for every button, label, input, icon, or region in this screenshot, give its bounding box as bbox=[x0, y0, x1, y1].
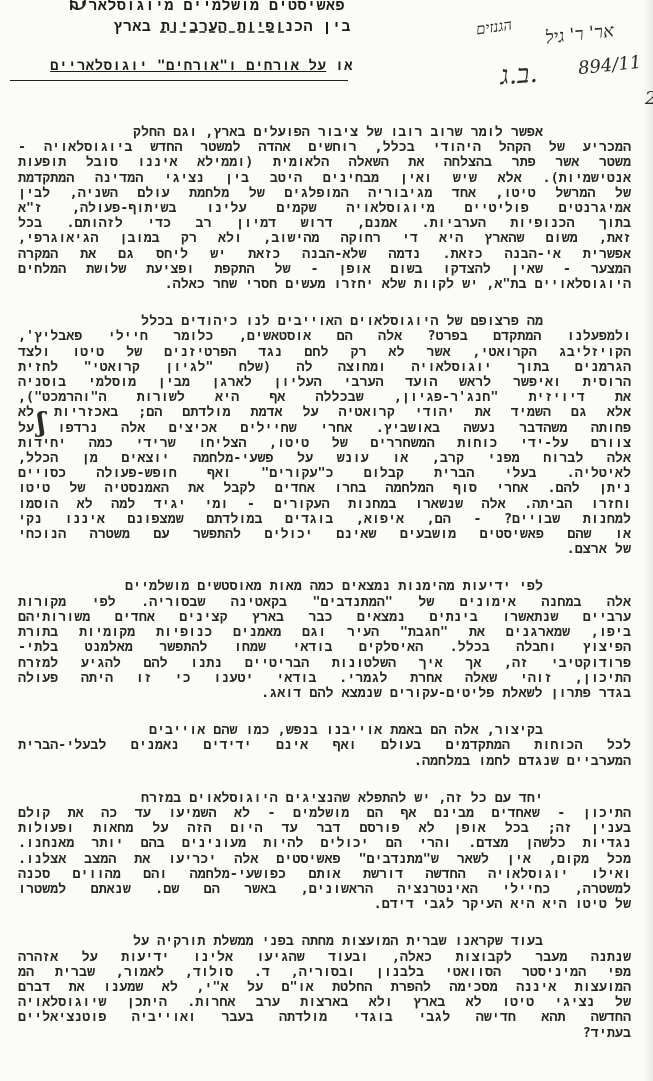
paragraph-line: לאיטליה. בעלי הברית קבלום כ"עקורים" ואף … bbox=[18, 466, 631, 481]
paragraph-line: ואילו יוגוסלאויה החדשה דורשת אותם כפושעי… bbox=[18, 867, 631, 882]
paragraph-line: מה פרצופם של היוגוסלאוים האוייבים לנו כי… bbox=[18, 314, 631, 329]
paragraph: בקיצור, אלה הם באמת אוייבנו בנפש, כמו שה… bbox=[18, 723, 631, 769]
paragraph-line: התיכון - שאחדים מבינם אף הם מושלמים - לא… bbox=[18, 806, 631, 821]
paragraph-line: לפי ידיעות מהימנות נמצאים כמה מאות מאוסט… bbox=[18, 579, 631, 594]
paragraph-line: של נציגי טיטו לא בארץ ולא בארצות ערב אחר… bbox=[18, 995, 631, 1010]
paragraph-line: הקויזליבג הקרואטי, אשר לא רק לחם נגד הפר… bbox=[18, 345, 631, 360]
header-line-2: בין הכנופיות הערביות בארץ bbox=[113, 17, 351, 36]
subtitle-underline-rule bbox=[10, 80, 348, 81]
paragraph-line: אמיגרנטים פוליטיים מיוגוסלאויה שקמים עלי… bbox=[18, 201, 631, 216]
paragraph-line: הרוסית ואיפשר לראש הועד הערבי העליון לאר… bbox=[18, 375, 631, 390]
paragraph-line: אפשר לומר שרוב רובו של ציבור הפועלים באר… bbox=[18, 125, 631, 140]
header-line-2-underlined: ופיות הערביות bbox=[161, 17, 285, 35]
paragraph: מה פרצופם של היוגוסלאוים האוייבים לנו כי… bbox=[18, 314, 631, 557]
paragraph-line: בענין זה; בכל אופן לא פורסם דבר עד היום … bbox=[18, 821, 631, 836]
paragraph-line: בעוד שקראנו שברית המועצות מחתה בפני ממשל… bbox=[18, 934, 631, 949]
paragraph-line: התיכון, זוהי שאלה אחרת לגמרי. בודאי יטענ… bbox=[18, 671, 631, 686]
paragraph-line: מפי המיניסטר הסוואטי בלבנון ובסוריה, ד. … bbox=[18, 965, 631, 980]
paragraph-line: החדשה תהא חדישה לגבי בוגדי מולדתה בעבר ו… bbox=[18, 1010, 631, 1025]
paragraph-line: יחד עם כל זה, יש להתפלא שהנציגים היוגוסל… bbox=[18, 791, 631, 806]
paragraph-line: המועצות איננה מסכימה להפרת החלטת או"ם על… bbox=[18, 980, 631, 995]
header-subtitle-prefix: או bbox=[326, 58, 353, 74]
header-subtitle-underlined: על אורחים ו"אורחים" יוגוסלאריים bbox=[50, 58, 326, 74]
paragraph-line: היוגוסלאויים בת"א, יש לקוות שלא יחזרו מע… bbox=[18, 277, 631, 292]
paragraph: יחד עם כל זה, יש להתפלא שהנציגים היוגוסל… bbox=[18, 791, 631, 913]
scanned-document-page: פאשיסטים מושלמיים מיוגוסלאריה בין הכנופי… bbox=[0, 0, 653, 1081]
paragraph: לפי ידיעות מהימנות נמצאים כמה מאות מאוסט… bbox=[18, 579, 631, 701]
paragraph-line: אלה במחנה אימונים של "המתנדבים" בקאטינה … bbox=[18, 595, 631, 610]
paragraph-line: זאת, משום שהארץ היא די רחוקה מהישוב, ולא… bbox=[18, 231, 631, 246]
paragraph-line: ביפו, שמארגנים את "חגבת" העיר וגם מאמנים… bbox=[18, 625, 631, 640]
paragraph-line: הפיצוץ וחבלה בכלל. האיסלקים בודאי שמחו ל… bbox=[18, 640, 631, 655]
paragraph-line: של המרשל טיטו, אחד מגיבוריה המופלגים של … bbox=[18, 186, 631, 201]
handwritten-note-archive: הגנזים bbox=[475, 16, 513, 40]
paragraph-line: ניתן להם. אחרי סוף המלחמה בחרו אחדים לקב… bbox=[18, 481, 631, 496]
paragraph-line: הגרמנים בתוך יוגוסלאויה ומחוצה לה (שלח "… bbox=[18, 360, 631, 375]
paragraph-line: פרודוקטיבי זה, אך איך השלטונות הבריטיים … bbox=[18, 656, 631, 671]
handwritten-initials: ב.ג. bbox=[499, 59, 539, 92]
paragraph: אפשר לומר שרוב רובו של ציבור הפועלים באר… bbox=[18, 125, 631, 292]
paragraph-line: המערביים שנגדם לחמו במלחמה. bbox=[18, 754, 631, 769]
paragraph-line: פחותה משהדבר נעשה באושביץ. אחרי שחיילים … bbox=[18, 421, 631, 436]
paragraph-line: בעתיד? bbox=[18, 1026, 631, 1041]
paragraph-line: בקיצור, אלה הם באמת אוייבנו בנפש, כמו שה… bbox=[18, 723, 631, 738]
paragraph-line: המכריע של הקהל היהודי בכלל, רוחשים אהדה … bbox=[18, 140, 631, 155]
paragraph-line: ערביים שנתאשרו בינתים נמצאים כבר בארץ קצ… bbox=[18, 610, 631, 625]
paragraph-line: את דיויזית "חנג'ר-פגיון, שבכללה אף היא ל… bbox=[18, 390, 631, 405]
document-body: אפשר לומר שרוב רובו של ציבור הפועלים באר… bbox=[18, 125, 631, 1063]
header-line-1: פאשיסטים מושלמיים מיוגוסלאריה bbox=[69, 0, 345, 15]
paragraph-line: למשטרה, כחיילי האינטרנציה הראשונים, באשר… bbox=[18, 882, 631, 897]
paragraph-line: נגדיות כלשהן מצדם. והרי הם יכולים להיות … bbox=[18, 836, 631, 851]
handwritten-page-number: 2 bbox=[645, 88, 653, 109]
header-line-2-end: בארץ bbox=[113, 17, 161, 35]
paragraph-line: אלה לברוח מפני קרב, או עונש על פשעי-מלחמ… bbox=[18, 451, 631, 466]
paragraph-line: צוורם על-ידי כוחות המשחררים של טיטו, הצל… bbox=[18, 436, 631, 451]
paragraph-line: מכל מקום, אין לשאר ש"מתנדבים" פאשיסטים א… bbox=[18, 852, 631, 867]
paragraph-line: לכל הכוחות המתקדמים בעולם ואף אינם ידידי… bbox=[18, 738, 631, 753]
paragraph-line: אנטישמיות). אלא שיש ואין מבחינים היטב בי… bbox=[18, 171, 631, 186]
header-subtitle: או על אורחים ו"אורחים" יוגוסלאריים bbox=[50, 58, 353, 75]
handwritten-note-reference: אר' ר' גיל bbox=[544, 20, 615, 48]
paragraph-line: בגדר פתרון לשאלת פליטים-עקורים שנמצא להם… bbox=[18, 686, 631, 701]
paragraph-line: בתוך הכנופיות הערביות. אמנם, דרוש דמיון … bbox=[18, 216, 631, 231]
paragraph-line: של טיטו היא היא העיקר לגבי דידם. bbox=[18, 897, 631, 912]
handwritten-note-file-number: 894/11 bbox=[577, 52, 642, 80]
paragraph-line: המצער - שאין להצדקו בשום אופן - של התקפת… bbox=[18, 262, 631, 277]
paragraph-line: משטר אשר פתר בהצלחה את השאלה הלאומית (ומ… bbox=[18, 155, 631, 170]
paragraph-line: וחזרו הביתה. אלה שנשארו במחנות העקורים -… bbox=[18, 497, 631, 512]
paragraph-line: ולמפעלנו המתקדם בפרט? אלה הם אוסטאשים, כ… bbox=[18, 329, 631, 344]
page-edge-shadow bbox=[643, 0, 653, 1081]
paragraph: בעוד שקראנו שברית המועצות מחתה בפני ממשל… bbox=[18, 934, 631, 1040]
paragraph-line: שנתנה מעבר לקבוצות כאלה, ובעוד שהגיעו אל… bbox=[18, 950, 631, 965]
paragraph-line: של ארצם. bbox=[18, 542, 631, 557]
paragraph-line: אלא גם השמיד את יהודי קרואטיה על אדמת מו… bbox=[18, 405, 631, 420]
header-line-2-start: בין הכנ bbox=[284, 17, 351, 35]
paragraph-line: או שהם פאשיסטים מושבעים שאינם יכולים להת… bbox=[18, 527, 631, 542]
paragraph-line: למחנות שבויים? - הם, איפוא, בוגדים במולד… bbox=[18, 512, 631, 527]
paragraph-line: אפשרית אי-הבנה כזאת. נדמה שלא-הבנה כזאת … bbox=[18, 247, 631, 262]
